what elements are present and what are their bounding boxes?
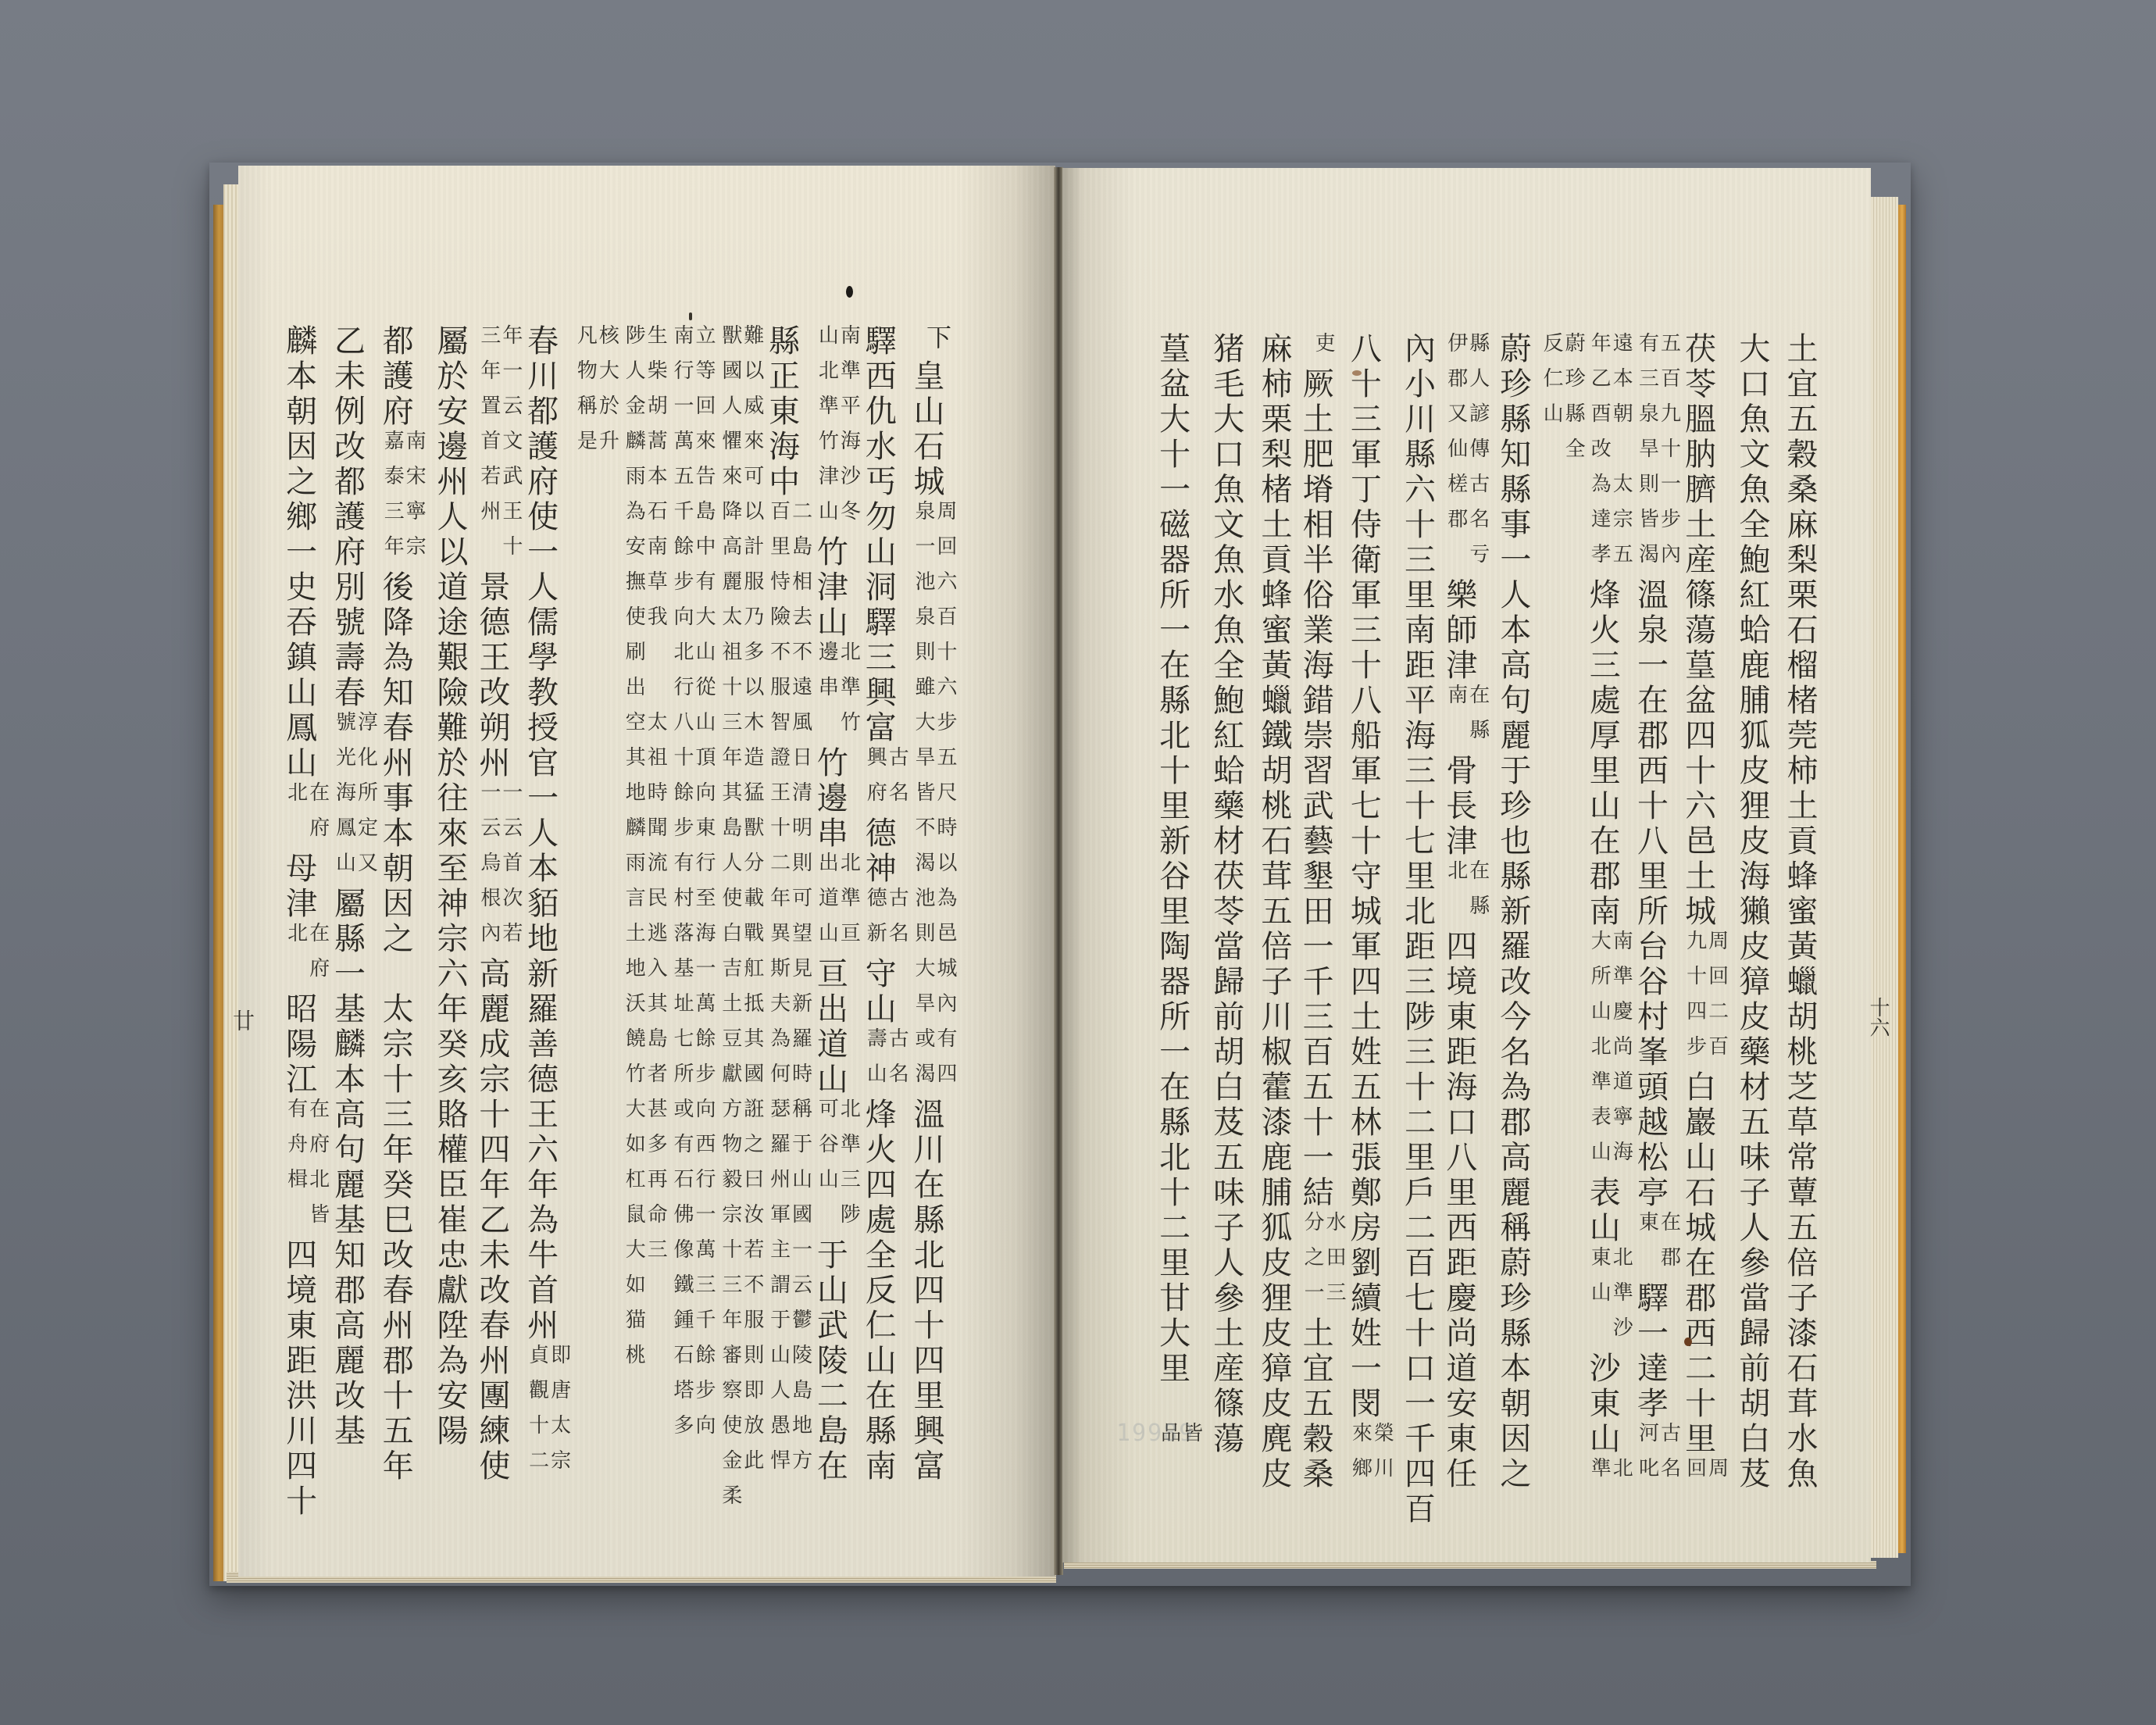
- note-left-line: 三年置首若州: [478, 324, 500, 570]
- main-text: 驛西仇水丐勿山洞驛三興富: [860, 324, 896, 746]
- note-left-line: 大所山北準表山: [1588, 930, 1610, 1176]
- main-text: 驛一達孝: [1632, 1281, 1668, 1422]
- text-column: 屬於安邊州人以道途艱險難於往來至神宗六年癸亥賂權臣崔忠獻陞為安陽: [425, 324, 473, 1574]
- main-text: 厥土肥塉相半俗業海錯崇習武藝墾田一千三百五十一結: [1298, 367, 1333, 1211]
- note-left-line: 東: [1636, 1211, 1658, 1281]
- interlinear-note: 古名興府: [864, 746, 908, 816]
- interlinear-note: 南宋寧宗嘉泰三年: [381, 430, 425, 570]
- text-column: 八十三軍丁侍衛軍三十八船軍七十守城軍四土姓五林張鄭房劉續姓一閔榮川來鄉: [1345, 332, 1393, 1582]
- note-right-line: 南宋寧宗: [403, 430, 425, 570]
- interlinear-note: 南準平海沙冬山北準竹津山: [816, 324, 859, 535]
- interlinear-note: 北準竹邊串: [816, 641, 859, 746]
- interlinear-note: 在府北: [285, 922, 329, 992]
- text-column: 麻柿栗梨楮土貢蜂蜜黃蠟鐵胡桃石茸五倍子川椒藿漆鹿脯狐皮狸皮獐皮麂皮: [1250, 332, 1298, 1582]
- section-mark: 下: [913, 324, 961, 359]
- text-column: 五百九十一步內有三泉旱則皆渴溫泉一在郡西十八里所台谷村峯頭越松亭在郡東驛一達孝古…: [1632, 332, 1679, 1582]
- interlinear-note: 難以威來可以計服乃多以木造猛獸分載戰舡抵其國誑之曰汝若不服則即放此獸國人懼來降高…: [719, 324, 763, 1520]
- interlinear-note: 年一云文武王十三年置首若州: [478, 324, 522, 570]
- text-column: 生柴胡蒿本石南草我 太祖時聞流民逃入其島者甚多再命三陟人金麟雨為安撫使刷出空其地…: [618, 324, 666, 1574]
- text-column: 縣人諺傳古名亏伊郡又仙槎郡樂師津在縣南骨長津在縣北四境東距海口八里西距慶尚道安東…: [1441, 332, 1489, 1582]
- text-column: 葟盆大十一磁器所一在縣北十里新谷里陶器所一在縣北十二里甘大里 皆品: [1154, 332, 1201, 1582]
- main-text: 骨長津: [1441, 754, 1477, 859]
- note-left-line: 分之一: [1301, 1211, 1323, 1316]
- interlinear-note: 二島相去不遠風日清明則可望見新羅時稱于山國一云鬱陵島地方百里恃險不服智證王十二年…: [768, 500, 812, 1484]
- text-column: 春川都護府使一人儒學教授官一人本貊地新羅善德王六年為牛首州即唐太宗貞觀十二: [522, 324, 570, 1574]
- note-left-line: 貞觀十二: [527, 1344, 548, 1484]
- text-column: 麟本朝因之鄉一史吞鎮山鳳山在府北母津在府北昭陽江在府北皆有舟楫四境東距洪川四十: [280, 324, 329, 1574]
- text-column: 吏厥土肥塉相半俗業海錯崇習武藝墾田一千三百五十一結水田三分之一土宜五穀桑: [1298, 332, 1345, 1582]
- interlinear-note: 在府北: [285, 781, 329, 852]
- text-column: 蔚珍縣知縣事一人本高句麗于珍也縣新羅改今名為郡高麗稱蔚珍縣本朝因之: [1489, 332, 1537, 1582]
- note-right-line: 周: [1706, 1457, 1728, 1492]
- main-text: 乙未例改都護府別號壽春: [329, 324, 365, 711]
- main-text: 樂師津: [1441, 578, 1477, 684]
- right-page: 土宜五穀桑麻梨栗石榴楮莞柿土貢蜂蜜黃蠟胡桃芝草常蕈五倍子漆石茸水魚大口魚文魚全鮑…: [1062, 168, 1871, 1562]
- main-text: 竹津山: [812, 535, 848, 641]
- left-page-text-columns: 下皇山石城周回六百十六步五尺時以為邑城內有四泉一池泉則雖大旱皆不渴池則大旱或渴溫…: [280, 324, 956, 1574]
- text-column: 土宜五穀桑麻梨栗石榴楮莞柿土貢蜂蜜黃蠟胡桃芝草常蕈五倍子漆石茸水魚: [1776, 332, 1823, 1582]
- main-text: 猪毛大口魚文魚水魚全鮑紅蛤藥材茯苓當歸前胡白芨五味子人參土産篠蕩: [1208, 332, 1244, 1457]
- note-left-line: 南: [1445, 684, 1467, 754]
- note-right-line: 在縣: [1467, 684, 1489, 754]
- interlinear-note: 淳化所定又號光海鳳山: [333, 711, 377, 887]
- main-text: 溫川在縣北四十四里興富: [908, 1098, 944, 1484]
- note-left-line: 回: [1684, 1457, 1706, 1492]
- ink-speck: [846, 286, 853, 298]
- note-left-line: 泉一池泉則雖大旱皆不渴池則大旱或渴: [912, 500, 934, 1098]
- interlinear-note: 在府北皆有舟楫: [285, 1098, 329, 1238]
- interlinear-note: 縣人諺傳古名亏伊郡又仙槎郡: [1445, 332, 1489, 578]
- left-page-edge-leaves: [223, 184, 239, 1581]
- interlinear-note: 古名德新: [864, 887, 908, 957]
- ink-speck: [689, 312, 692, 320]
- text-column: 南準平海沙冬山北準竹津山竹津山北準竹邊串竹邊串北準亘出道山亘出道山北準三陟可谷山…: [812, 324, 860, 1574]
- note-right-line: 周回二百: [1706, 930, 1728, 1070]
- text-column: 縣正東海中二島相去不遠風日清明則可望見新羅時稱于山國一云鬱陵島地方百里恃險不服智…: [763, 324, 812, 1574]
- main-text: 葟盆大十一磁器所一在縣北十里新谷里陶器所一在縣北十二里甘大里: [1155, 332, 1190, 1387]
- note-right-line: 榮川: [1371, 1422, 1393, 1492]
- main-text: 烽火四處全反仁山在縣南: [860, 1098, 896, 1484]
- note-right-line: 吏: [1312, 332, 1334, 367]
- interlinear-note: 立等回來告島中有大山從山頂向東行至海一萬餘步向西行一萬三千餘步向南行一萬五千餘步…: [671, 324, 715, 1449]
- note-left-line: 邊串: [816, 641, 837, 746]
- interlinear-note: 在縣北: [1445, 859, 1489, 930]
- main-text: 亘出道山: [812, 957, 848, 1098]
- main-text: 土宜五穀桑: [1298, 1316, 1333, 1492]
- interlinear-note: 一云首次若一云烏根內: [478, 781, 522, 957]
- note-left-line: 壽山: [864, 1027, 886, 1098]
- main-text: 蔚珍縣知縣事一人本高句麗于珍也縣新羅改今名為郡高麗稱蔚珍縣本朝因之: [1495, 332, 1531, 1492]
- note-left-line: 準: [1588, 1457, 1610, 1492]
- text-column: 驛西仇水丐勿山洞驛三興富古名興府德神古名德新守山古名壽山烽火四處全反仁山在縣南: [859, 324, 908, 1574]
- note-left-line: 河叱: [1636, 1422, 1658, 1492]
- main-text: 白巖山石城在郡西二十里: [1680, 1070, 1716, 1457]
- main-text: 守山: [860, 957, 896, 1027]
- note-left-line: 一云烏根內: [478, 781, 500, 957]
- note-left-line: 年乙酉改為達孝: [1588, 332, 1610, 578]
- text-column: 難以威來可以計服乃多以木造猛獸分載戰舡抵其國誑之曰汝若不服則即放此獸國人懼來降高…: [715, 324, 763, 1574]
- note-left-line: 伊郡又仙槎郡: [1445, 332, 1467, 578]
- interlinear-note: 北準三陟可谷山: [816, 1098, 859, 1238]
- text-column: 茯苓膃肭臍土産篠蕩葟盆四十六邑土城周回二百九十四步白巖山石城在郡西二十里周回: [1679, 332, 1727, 1582]
- note-left-line: 陟人金麟雨為安撫使刷出空其地麟雨言土地沃饒竹大如杠鼠大如猫桃: [623, 324, 644, 1379]
- main-text: 皇山石城: [908, 359, 944, 500]
- main-text: 高麗成宗十四年乙未改春州團練使: [474, 957, 510, 1484]
- text-column: 蔚珍縣全反仁山: [1537, 332, 1584, 1582]
- main-text: 四境東距海口八里西距慶尚道安東任: [1441, 930, 1477, 1492]
- interlinear-note: 即唐太宗貞觀十二: [527, 1344, 570, 1484]
- main-text: 內小川縣六十三里南距平海三十七里北距三陟三十二里戶二百七十口一千四百: [1400, 332, 1436, 1527]
- text-column: 遠本朝 太宗五年乙酉改為達孝烽火三處厚里山在郡南南準慶尚道寧海大所山北準表山表山…: [1584, 332, 1632, 1582]
- note-left-line: 南行一萬五千餘步向北行八十餘步有村落基址七所或有石佛像鐵鍾石塔多: [671, 324, 693, 1449]
- note-right-line: 周回六百十六步五尺時以為邑城內有四: [934, 500, 956, 1098]
- main-text: 麻柿栗梨楮土貢蜂蜜黃蠟鐵胡桃石茸五倍子川椒藿漆鹿脯狐皮狸皮獐皮麂皮: [1256, 332, 1292, 1492]
- note-left-line: 東山: [1588, 1246, 1610, 1352]
- main-text: 麟本朝因之鄉一史吞鎮山鳳山: [281, 324, 317, 781]
- main-text: 春川都護府使一人儒學教授官一人本貊地新羅善德王六年為牛首州: [523, 324, 559, 1344]
- right-page-edge-leaves: [1871, 197, 1898, 1558]
- foxing-stain: [1352, 370, 1362, 376]
- main-text: 于山武陵二島在: [812, 1238, 848, 1484]
- main-text: 昭陽江: [281, 992, 317, 1098]
- main-text: 德神: [860, 816, 896, 887]
- main-text: [1155, 1387, 1190, 1422]
- interlinear-note: 吏: [1312, 332, 1334, 367]
- note-left-line: 反仁山: [1540, 332, 1562, 473]
- left-folio-mark: 廿: [227, 1009, 258, 1031]
- main-text: 土宜五穀桑麻梨栗石榴楮莞柿土貢蜂蜜黃蠟胡桃芝草常蕈五倍子漆石茸水魚: [1782, 332, 1818, 1492]
- note-left-line: 號光海鳳山: [333, 711, 355, 887]
- note-left-line: 北: [285, 922, 307, 992]
- note-left-line: 嘉泰三年: [381, 430, 403, 570]
- main-text: 竹邊串: [812, 746, 848, 852]
- main-text: 烽火三處厚里山在郡南: [1584, 578, 1620, 930]
- text-column: 猪毛大口魚文魚水魚全鮑紅蛤藥材茯苓當歸前胡白芨五味子人參土産篠蕩: [1202, 332, 1250, 1582]
- main-text: 溫泉一在郡西十八里所台谷村峯頭越松亭: [1632, 578, 1668, 1211]
- main-text: 縣正東海中: [764, 324, 800, 500]
- interlinear-note: 古名壽山: [864, 1027, 908, 1098]
- interlinear-note: 在縣南: [1445, 684, 1489, 754]
- note-left-line: 德新: [864, 887, 886, 957]
- interlinear-note: 周回二百九十四步: [1684, 930, 1728, 1070]
- note-left-line: 北: [1445, 859, 1467, 930]
- text-column: 內小川縣六十三里南距平海三十七里北距三陟三十二里戶二百七十口一千四百: [1393, 332, 1440, 1582]
- main-text: 都護府: [377, 324, 413, 430]
- note-left-line: 北: [285, 781, 307, 852]
- interlinear-note: 北準亘出道山: [816, 852, 859, 957]
- note-left-line: 出道山: [816, 852, 837, 957]
- left-page-edge-stack: [213, 205, 223, 1581]
- note-left-line: 有三泉旱則皆渴: [1636, 332, 1658, 578]
- main-text: 沙東山: [1584, 1352, 1620, 1457]
- main-text: 後降為知春州事本朝因之 太宗十三年癸巳改春州郡十五年: [377, 570, 413, 1484]
- text-column: 年一云文武王十三年置首若州景德王改朔州一云首次若一云烏根內高麗成宗十四年乙未改春…: [473, 324, 522, 1574]
- interlinear-note: 生柴胡蒿本石南草我 太祖時聞流民逃入其島者甚多再命三陟人金麟雨為安撫使刷出空其地…: [623, 324, 666, 1379]
- text-column: 大口魚文魚全鮑紅蛤鹿脯狐皮狸皮海獺皮獐皮藥材五味子人參當歸前胡白芨: [1728, 332, 1776, 1582]
- interlinear-note: 榮川來鄉: [1349, 1422, 1393, 1492]
- note-right-line: 縣人諺傳古名亏: [1467, 332, 1489, 578]
- main-text: 表山: [1584, 1176, 1620, 1246]
- note-left-line: 興府: [864, 746, 886, 816]
- note-left-line: 獸國人懼來降高麗太祖十三年其島人使白吉土豆獻方物毅宗十三年審察使金柔: [719, 324, 741, 1520]
- main-text: 四境東距洪川四十: [281, 1238, 317, 1520]
- note-left-line: 有舟楫: [285, 1098, 307, 1238]
- main-text: 母津: [281, 852, 317, 922]
- left-page: 下皇山石城周回六百十六步五尺時以為邑城內有四泉一池泉則雖大旱皆不渴池則大旱或渴溫…: [238, 166, 1055, 1577]
- main-text: 屬縣一基麟本高句麗基知郡高麗改基: [329, 887, 365, 1449]
- main-text: 茯苓膃肭臍土産篠蕩葟盆四十六邑土城: [1680, 332, 1716, 930]
- foxing-stain: [1684, 1337, 1692, 1346]
- text-column: 乙未例改都護府別號壽春淳化所定又號光海鳳山屬縣一基麟本高句麗基知郡高麗改基: [329, 324, 377, 1574]
- interlinear-note: 周回六百十六步五尺時以為邑城內有四泉一池泉則雖大旱皆不渴池則大旱或渴: [912, 500, 956, 1098]
- library-stamp: 19989: [1116, 1420, 1194, 1447]
- main-text: 景德王改朔州: [474, 570, 510, 781]
- note-left-line: 百里恃險不服智證王十二年異斯夫為何瑟羅州軍主謂于山人愚悍: [768, 500, 790, 1484]
- interlinear-note: 周回: [1684, 1457, 1728, 1492]
- text-column: 立等回來告島中有大山從山頂向東行至海一萬餘步向西行一萬三千餘步向南行一萬五千餘步…: [666, 324, 715, 1574]
- note-left-line: 九十四步: [1684, 930, 1706, 1070]
- main-text: 八十三軍丁侍衛軍三十八船軍七十守城軍四土姓五林張鄭房劉續姓一閔: [1345, 332, 1381, 1422]
- note-left-line: 山北準竹津山: [816, 324, 837, 535]
- right-page-edge-stack: [1898, 205, 1906, 1553]
- right-folio-mark: 十六: [1864, 997, 1893, 1037]
- main-text: 屬於安邊州人以道途艱險難於往來至神宗六年癸亥賂權臣崔忠獻陞為安陽: [432, 324, 468, 1449]
- note-left-line: 可谷山: [816, 1098, 837, 1238]
- right-page-text-columns: 土宜五穀桑麻梨栗石榴楮莞柿土貢蜂蜜黃蠟胡桃芝草常蕈五倍子漆石茸水魚大口魚文魚全鮑…: [1154, 332, 1823, 1582]
- text-column: 都護府南宋寧宗嘉泰三年後降為知春州事本朝因之 太宗十三年癸巳改春州郡十五年: [377, 324, 425, 1574]
- note-right-line: 在縣: [1467, 859, 1489, 930]
- text-column: 下皇山石城周回六百十六步五尺時以為邑城內有四泉一池泉則雖大旱皆不渴池則大旱或渴溫…: [908, 324, 956, 1574]
- note-left-line: 來鄉: [1349, 1422, 1371, 1492]
- note-right-line: 即唐太宗: [548, 1344, 570, 1484]
- text-column: 核大於升凡物稱是: [570, 324, 619, 1574]
- note-left-line: 凡物稱是: [574, 324, 596, 465]
- interlinear-note: 核大於升凡物稱是: [574, 324, 618, 465]
- main-text: 大口魚文魚全鮑紅蛤鹿脯狐皮狸皮海獺皮獐皮藥材五味子人參當歸前胡白芨: [1734, 332, 1770, 1492]
